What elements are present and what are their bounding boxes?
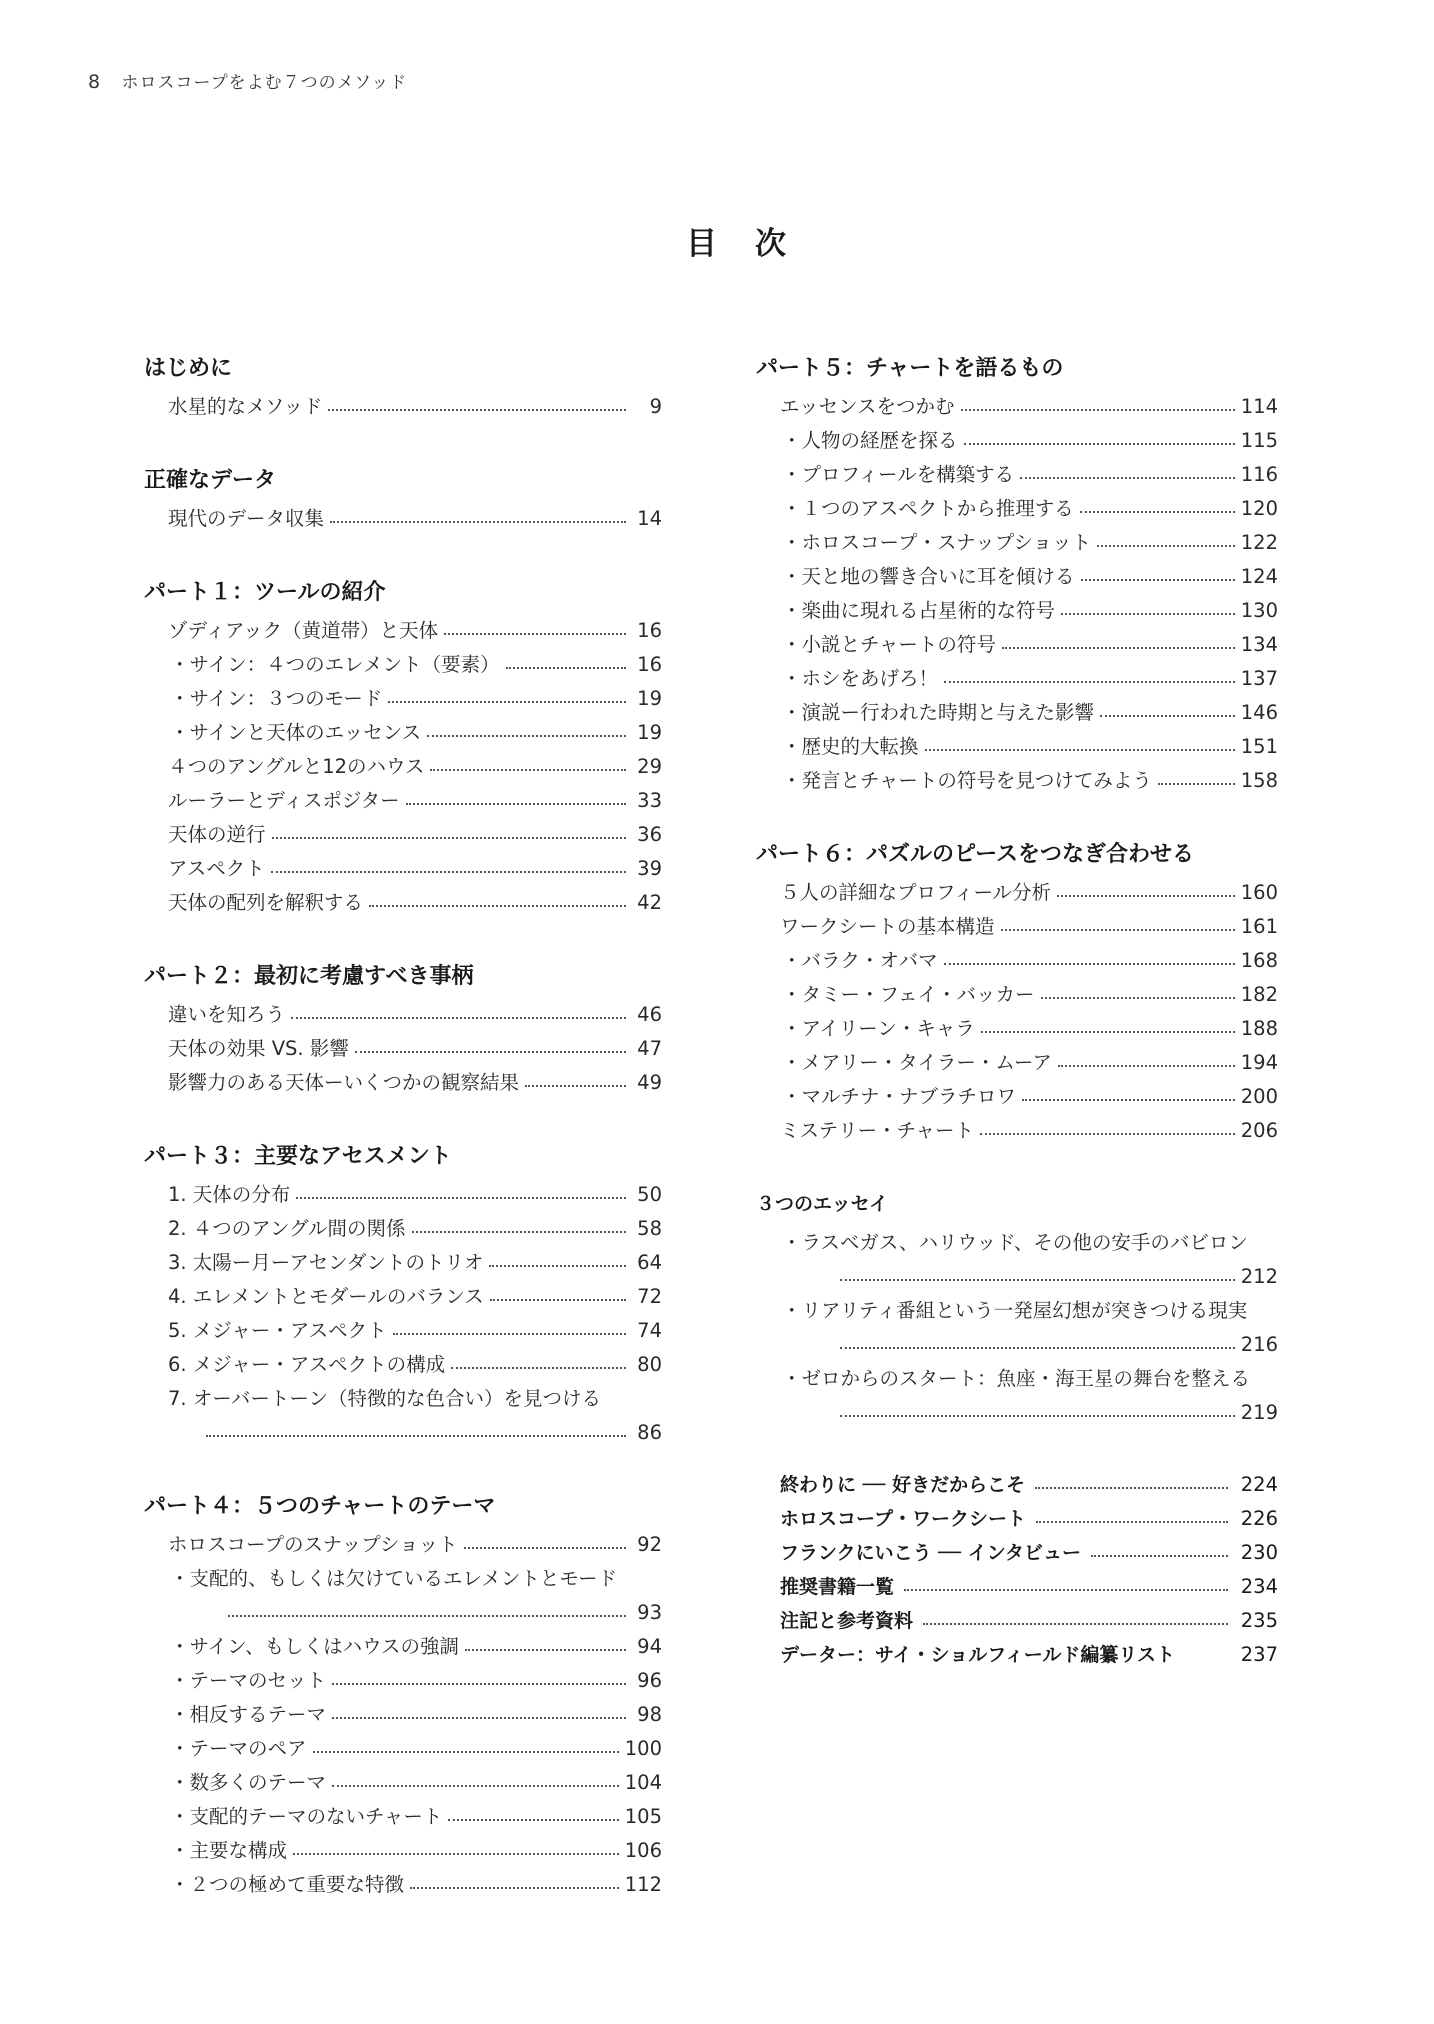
entry-title: 現代のデータ収集 (168, 502, 324, 536)
entry-page-number: 234 (1238, 1570, 1278, 1604)
dot-leader (206, 1434, 626, 1437)
dot-leader (1185, 1657, 1228, 1658)
entry-page-number: 86 (632, 1416, 662, 1450)
entry-page-number: 16 (632, 614, 662, 648)
toc-entry[interactable]: 小説とチャートの符号134 (756, 628, 1278, 662)
dot-leader (369, 904, 626, 907)
dot-leader (1058, 1064, 1235, 1067)
dot-leader (296, 1196, 626, 1199)
toc-entry-line: 支配的、もしくは欠けているエレメントとモード (190, 1562, 662, 1596)
toc-entry[interactable]: リアリティ番組という一発屋幻想が突きつける現実216 (756, 1294, 1278, 1362)
entry-page-number: 46 (632, 998, 662, 1032)
dot-leader (332, 1784, 619, 1787)
dot-leader (944, 680, 1235, 683)
toc-entry[interactable]: ワークシートの基本構造161 (756, 910, 1278, 944)
entry-title: マルチナ・ナブラチロワ (802, 1080, 1016, 1114)
toc-entry[interactable]: エッセンスをつかむ114 (756, 390, 1278, 424)
entry-title: サイン：４つのエレメント（要素） (190, 648, 500, 682)
dot-leader (1036, 1520, 1228, 1523)
entry-title: 5. メジャー・アスペクト (168, 1314, 387, 1348)
dot-leader (1158, 782, 1235, 785)
toc-entry-line: 216 (802, 1328, 1278, 1362)
entry-page-number: 219 (1241, 1396, 1278, 1430)
dot-leader (904, 1588, 1228, 1591)
entry-title: テーマのセット (190, 1664, 326, 1698)
entry-page-number: 194 (1241, 1046, 1278, 1080)
toc-entry[interactable]: 演説ー行われた時期と与えた影響146 (756, 696, 1278, 730)
entry-title: リアリティ番組という一発屋幻想が突きつける現実 (802, 1299, 1247, 1322)
entry-title: ルーラーとディスポジター (168, 784, 400, 818)
entry-title: サインと天体のエッセンス (190, 716, 421, 750)
dot-leader (272, 836, 626, 839)
entry-title: 4. エレメントとモダールのバランス (168, 1280, 484, 1314)
toc-entry[interactable]: ゾディアック（黄道帯）と天体16 (144, 614, 662, 648)
dot-leader (1001, 928, 1235, 931)
toc-entry[interactable]: 3. 太陽ー月ーアセンダントのトリオ64 (144, 1246, 662, 1280)
section-heading: 正確なデータ (144, 462, 662, 498)
dot-leader (332, 1682, 626, 1685)
entry-title: 6. メジャー・アスペクトの構成 (168, 1348, 445, 1382)
entry-title: 終わりに ── 好きだからこそ (780, 1468, 1025, 1502)
toc-entry[interactable]: 支配的テーマのないチャート105 (144, 1800, 662, 1834)
entry-title: プロフィールを構築する (802, 458, 1014, 492)
entry-page-number: 16 (632, 648, 662, 682)
entry-page-number: 106 (625, 1834, 662, 1868)
running-head: 8 ホロスコープをよむ７つのメソッド (88, 68, 407, 93)
dot-leader (412, 1230, 626, 1233)
entry-title: 演説ー行われた時期と与えた影響 (802, 696, 1094, 730)
entry-page-number: 64 (632, 1246, 662, 1280)
entry-page-number: 151 (1241, 730, 1278, 764)
toc-entry[interactable]: 現代のデータ収集14 (144, 502, 662, 536)
section-heading: パート６：パズルのピースをつなぎ合わせる (756, 836, 1278, 872)
entry-page-number: 9 (632, 390, 662, 424)
dot-leader (328, 408, 626, 411)
entry-page-number: 230 (1238, 1536, 1278, 1570)
dot-leader (271, 870, 626, 873)
entry-title: ラスベガス、ハリウッド、その他の安手のバビロン (802, 1231, 1248, 1254)
entry-page-number: 14 (632, 502, 662, 536)
entry-page-number: 160 (1241, 876, 1278, 910)
section-heading: パート４：５つのチャートのテーマ (144, 1488, 662, 1524)
entry-title: 天体の効果 VS. 影響 (168, 1032, 349, 1066)
toc-entry[interactable]: バラク・オバマ168 (756, 944, 1278, 978)
toc-entry[interactable]: ホロスコープ・スナップショット122 (756, 526, 1278, 560)
entry-page-number: 206 (1241, 1114, 1278, 1148)
toc-entry[interactable]: アイリーン・キャラ188 (756, 1012, 1278, 1046)
toc-entry[interactable]: 水星的なメソッド9 (144, 390, 662, 424)
entry-page-number: 92 (632, 1528, 662, 1562)
toc-entry[interactable]: 相反するテーマ98 (144, 1698, 662, 1732)
entry-page-number: 80 (632, 1348, 662, 1382)
back-matter-entry[interactable]: 注記と参考資料235 (756, 1604, 1278, 1638)
dot-leader (1020, 476, 1235, 479)
entry-page-number: 122 (1241, 526, 1278, 560)
entry-title: 主要な構成 (190, 1834, 287, 1868)
dot-leader (293, 1852, 619, 1855)
dot-leader (451, 1366, 626, 1369)
toc-section: パート３：主要なアセスメント1. 天体の分布502. ４つのアングル間の関係58… (144, 1138, 662, 1450)
toc-section: はじめに水星的なメソッド9 (144, 350, 662, 424)
entry-page-number: 120 (1241, 492, 1278, 526)
entry-title: サイン：３つのモード (190, 682, 382, 716)
dot-leader (393, 1332, 626, 1335)
dot-leader (330, 520, 626, 523)
entry-page-number: 42 (632, 886, 662, 920)
toc-entry[interactable]: サイン：４つのエレメント（要素）16 (144, 648, 662, 682)
toc-entry[interactable]: マルチナ・ナブラチロワ200 (756, 1080, 1278, 1114)
toc-entry[interactable]: メアリー・タイラー・ムーア194 (756, 1046, 1278, 1080)
entry-page-number: 188 (1241, 1012, 1278, 1046)
entry-title: タミー・フェイ・バッカー (802, 978, 1035, 1012)
entry-page-number: 47 (632, 1032, 662, 1066)
toc-entry-line: 86 (168, 1416, 662, 1450)
dot-leader (525, 1084, 626, 1087)
toc-entry-line: ラスベガス、ハリウッド、その他の安手のバビロン (802, 1226, 1278, 1260)
entry-page-number: 39 (632, 852, 662, 886)
entry-page-number: 112 (625, 1868, 662, 1902)
entry-title: サイン、もしくはハウスの強調 (190, 1630, 459, 1664)
dot-leader (1097, 544, 1235, 547)
back-matter-entry[interactable]: データー：サイ・ショルフィールド編纂リスト237 (756, 1638, 1278, 1672)
dot-leader (388, 700, 626, 703)
dot-leader (1080, 510, 1235, 513)
toc-entry-line: 7. オーバートーン（特徴的な色合い）を見つける (168, 1382, 662, 1416)
toc-entry[interactable]: ラスベガス、ハリウッド、その他の安手のバビロン212 (756, 1226, 1278, 1294)
entry-page-number: 168 (1241, 944, 1278, 978)
dot-leader (925, 748, 1235, 751)
dot-leader (313, 1750, 619, 1753)
section-heading: パート５：チャートを語るもの (756, 350, 1278, 386)
back-matter: 終わりに ── 好きだからこそ224ホロスコープ・ワークシート226フランクにい… (756, 1468, 1278, 1672)
dot-leader (489, 1264, 626, 1267)
entry-page-number: 74 (632, 1314, 662, 1348)
dot-leader (1061, 612, 1235, 615)
toc-entry[interactable]: 天体の配列を解釈する42 (144, 886, 662, 920)
dot-leader (981, 1030, 1235, 1033)
entry-title: 違いを知ろう (168, 998, 285, 1032)
toc-entry[interactable]: ４つのアングルと12のハウス29 (144, 750, 662, 784)
toc-entry[interactable]: 天と地の響き合いに耳を傾ける124 (756, 560, 1278, 594)
toc-entry[interactable]: 人物の経歴を探る115 (756, 424, 1278, 458)
dot-leader (964, 442, 1235, 445)
toc-entry-line: 212 (802, 1260, 1278, 1294)
toc-entry[interactable]: テーマのペア100 (144, 1732, 662, 1766)
toc-entry-line: 219 (802, 1396, 1278, 1430)
toc-entry[interactable]: プロフィールを構築する116 (756, 458, 1278, 492)
entry-title: ５人の詳細なプロフィール分析 (780, 876, 1051, 910)
dot-leader (1100, 714, 1235, 717)
entry-title: アイリーン・キャラ (802, 1012, 975, 1046)
entry-title: 天と地の響き合いに耳を傾ける (802, 560, 1075, 594)
section-heading: はじめに (144, 350, 662, 386)
toc-section: 正確なデータ現代のデータ収集14 (144, 462, 662, 536)
dot-leader (332, 1716, 626, 1719)
entry-title: 支配的テーマのないチャート (190, 1800, 442, 1834)
section-heading: ３つのエッセイ (756, 1186, 1278, 1222)
entry-page-number: 33 (632, 784, 662, 818)
section-heading: パート２：最初に考慮すべき事柄 (144, 958, 662, 994)
dot-leader (840, 1414, 1235, 1417)
toc-entry[interactable]: 1. 天体の分布50 (144, 1178, 662, 1212)
dot-leader (840, 1346, 1235, 1349)
toc-section: ３つのエッセイラスベガス、ハリウッド、その他の安手のバビロン212リアリティ番組… (756, 1186, 1278, 1430)
toc-entry[interactable]: ホシをあげろ！137 (756, 662, 1278, 696)
entry-page-number: 235 (1238, 1604, 1278, 1638)
toc-section: パート１：ツールの紹介ゾディアック（黄道帯）と天体16サイン：４つのエレメント（… (144, 574, 662, 920)
toc-section: パート４：５つのチャートのテーマホロスコープのスナップショット92支配的、もしく… (144, 1488, 662, 1902)
entry-page-number: 216 (1241, 1328, 1278, 1362)
entry-title: 支配的、もしくは欠けているエレメントとモード (190, 1567, 617, 1590)
entry-title: 数多くのテーマ (190, 1766, 326, 1800)
toc-entry[interactable]: 数多くのテーマ104 (144, 1766, 662, 1800)
dot-leader (961, 408, 1235, 411)
entry-page-number: 158 (1241, 764, 1278, 798)
entry-page-number: 29 (632, 750, 662, 784)
entry-page-number: 49 (632, 1066, 662, 1100)
toc-entry[interactable]: 歴史的大転換151 (756, 730, 1278, 764)
entry-title: 小説とチャートの符号 (802, 628, 996, 662)
toc-section: パート６：パズルのピースをつなぎ合わせる５人の詳細なプロフィール分析160ワーク… (756, 836, 1278, 1148)
entry-title: ゾディアック（黄道帯）と天体 (168, 614, 438, 648)
entry-page-number: 114 (1241, 390, 1278, 424)
toc-entry[interactable]: サイン、もしくはハウスの強調94 (144, 1630, 662, 1664)
entry-page-number: 19 (632, 716, 662, 750)
dot-leader (1057, 894, 1235, 897)
dot-leader (923, 1622, 1228, 1625)
entry-title: １つのアスペクトから推理する (802, 492, 1074, 526)
dot-leader (1002, 646, 1235, 649)
entry-page-number: 100 (625, 1732, 662, 1766)
toc-entry[interactable]: 2. ４つのアングル間の関係58 (144, 1212, 662, 1246)
entry-title: ４つのアングルと12のハウス (168, 750, 424, 784)
dot-leader (980, 1132, 1235, 1135)
dot-leader (1081, 578, 1235, 581)
entry-title: 相反するテーマ (190, 1698, 326, 1732)
toc-entry-line: 93 (190, 1596, 662, 1630)
dot-leader (465, 1648, 626, 1651)
entry-page-number: 226 (1238, 1502, 1278, 1536)
toc-entry[interactable]: ミステリー・チャート206 (756, 1114, 1278, 1148)
page-title: 目次 (0, 218, 1434, 263)
entry-title: 注記と参考資料 (780, 1604, 913, 1638)
dot-leader (228, 1614, 626, 1617)
entry-title: 歴史的大転換 (802, 730, 919, 764)
toc-entry[interactable]: ゼロからのスタート：魚座・海王星の舞台を整える219 (756, 1362, 1278, 1430)
entry-page-number: 93 (632, 1596, 662, 1630)
entry-title: 天体の逆行 (168, 818, 266, 852)
entry-title: 1. 天体の分布 (168, 1178, 290, 1212)
dot-leader (448, 1818, 618, 1821)
entry-page-number: 116 (1241, 458, 1278, 492)
toc-entry[interactable]: 楽曲に現れる占星術的な符号130 (756, 594, 1278, 628)
dot-leader (1022, 1098, 1235, 1101)
toc-entry-line: リアリティ番組という一発屋幻想が突きつける現実 (802, 1294, 1278, 1328)
toc-entry[interactable]: ２つの極めて重要な特徴112 (144, 1868, 662, 1902)
back-matter-entry[interactable]: ホロスコープ・ワークシート226 (756, 1502, 1278, 1536)
entry-page-number: 50 (632, 1178, 662, 1212)
back-matter-entry[interactable]: フランクにいこう ── インタビュー230 (756, 1536, 1278, 1570)
dot-leader (444, 632, 626, 635)
entry-page-number: 200 (1241, 1080, 1278, 1114)
entry-page-number: 105 (625, 1800, 662, 1834)
entry-title: メアリー・タイラー・ムーア (802, 1046, 1052, 1080)
dot-leader (355, 1050, 626, 1053)
entry-page-number: 58 (632, 1212, 662, 1246)
entry-title: アスペクト (168, 852, 265, 886)
entry-page-number: 212 (1241, 1260, 1278, 1294)
toc-section: パート５：チャートを語るものエッセンスをつかむ114人物の経歴を探る115プロフ… (756, 350, 1278, 798)
toc-entry[interactable]: 5. メジャー・アスペクト74 (144, 1314, 662, 1348)
toc-entry[interactable]: アスペクト39 (144, 852, 662, 886)
toc-entry[interactable]: 4. エレメントとモダールのバランス72 (144, 1280, 662, 1314)
entry-page-number: 94 (632, 1630, 662, 1664)
entry-title: データー：サイ・ショルフィールド編纂リスト (780, 1638, 1175, 1672)
entry-page-number: 130 (1241, 594, 1278, 628)
toc-entry[interactable]: 天体の効果 VS. 影響47 (144, 1032, 662, 1066)
entry-title: 天体の配列を解釈する (168, 886, 363, 920)
entry-page-number: 36 (632, 818, 662, 852)
dot-leader (1035, 1486, 1228, 1489)
entry-title: ワークシートの基本構造 (780, 910, 995, 944)
toc-left-column: はじめに水星的なメソッド9正確なデータ現代のデータ収集14パート１：ツールの紹介… (144, 350, 662, 1940)
entry-title: 水星的なメソッド (168, 390, 322, 424)
entry-page-number: 161 (1241, 910, 1278, 944)
section-heading: パート３：主要なアセスメント (144, 1138, 662, 1174)
entry-title: フランクにいこう ── インタビュー (780, 1536, 1081, 1570)
toc-entry[interactable]: 影響力のある天体ーいくつかの観察結果49 (144, 1066, 662, 1100)
entry-page-number: 224 (1238, 1468, 1278, 1502)
entry-page-number: 72 (632, 1280, 662, 1314)
entry-title: ホロスコープ・スナップショット (802, 526, 1091, 560)
toc-entry[interactable]: 7. オーバートーン（特徴的な色合い）を見つける86 (144, 1382, 662, 1450)
toc-entry[interactable]: 主要な構成106 (144, 1834, 662, 1868)
entry-title: バラク・オバマ (802, 944, 938, 978)
toc-entry[interactable]: タミー・フェイ・バッカー182 (756, 978, 1278, 1012)
dot-leader (464, 1546, 626, 1549)
entry-title: エッセンスをつかむ (780, 390, 955, 424)
entry-title: テーマのペア (190, 1732, 307, 1766)
dot-leader (291, 1016, 626, 1019)
toc-entry[interactable]: 発言とチャートの符号を見つけてみよう158 (756, 764, 1278, 798)
dot-leader (506, 666, 626, 669)
dot-leader (490, 1298, 626, 1301)
dot-leader (427, 734, 626, 737)
toc-entry[interactable]: サイン：３つのモード19 (144, 682, 662, 716)
dot-leader (840, 1278, 1235, 1281)
toc-entry[interactable]: 6. メジャー・アスペクトの構成80 (144, 1348, 662, 1382)
dot-leader (430, 768, 626, 771)
entry-title: 発言とチャートの符号を見つけてみよう (802, 764, 1152, 798)
entry-page-number: 96 (632, 1664, 662, 1698)
dot-leader (410, 1886, 619, 1889)
entry-page-number: 237 (1238, 1638, 1278, 1672)
toc-entry[interactable]: ホロスコープのスナップショット92 (144, 1528, 662, 1562)
entry-title: ゼロからのスタート：魚座・海王星の舞台を整える (802, 1367, 1250, 1390)
page-number: 8 (88, 71, 101, 93)
toc-entry[interactable]: １つのアスペクトから推理する120 (756, 492, 1278, 526)
toc-entry[interactable]: ５人の詳細なプロフィール分析160 (756, 876, 1278, 910)
back-matter-entry[interactable]: 終わりに ── 好きだからこそ224 (756, 1468, 1278, 1502)
entry-title: 影響力のある天体ーいくつかの観察結果 (168, 1066, 519, 1100)
toc-entry[interactable]: サインと天体のエッセンス19 (144, 716, 662, 750)
dot-leader (406, 802, 626, 805)
entry-title: 楽曲に現れる占星術的な符号 (802, 594, 1055, 628)
entry-page-number: 115 (1241, 424, 1278, 458)
entry-title: ホシをあげろ！ (802, 662, 938, 696)
toc-entry[interactable]: 違いを知ろう46 (144, 998, 662, 1032)
book-title: ホロスコープをよむ７つのメソッド (122, 73, 408, 93)
entry-title: 7. オーバートーン（特徴的な色合い）を見つける (168, 1387, 601, 1410)
toc-entry[interactable]: ルーラーとディスポジター33 (144, 784, 662, 818)
back-matter-entry[interactable]: 推奨書籍一覧234 (756, 1570, 1278, 1604)
entry-title: 2. ４つのアングル間の関係 (168, 1212, 406, 1246)
toc-entry[interactable]: テーマのセット96 (144, 1664, 662, 1698)
entry-title: ホロスコープのスナップショット (168, 1528, 458, 1562)
entry-title: 推奨書籍一覧 (780, 1570, 894, 1604)
entry-page-number: 182 (1241, 978, 1278, 1012)
dot-leader (1041, 996, 1235, 999)
entry-page-number: 98 (632, 1698, 662, 1732)
entry-page-number: 124 (1241, 560, 1278, 594)
entry-title: ミステリー・チャート (780, 1114, 974, 1148)
entry-title: ホロスコープ・ワークシート (780, 1502, 1026, 1536)
toc-section: パート２：最初に考慮すべき事柄違いを知ろう46天体の効果 VS. 影響47影響力… (144, 958, 662, 1100)
entry-page-number: 104 (625, 1766, 662, 1800)
section-heading: パート１：ツールの紹介 (144, 574, 662, 610)
entry-title: 人物の経歴を探る (802, 424, 958, 458)
toc-entry-line: ゼロからのスタート：魚座・海王星の舞台を整える (802, 1362, 1278, 1396)
entry-page-number: 134 (1241, 628, 1278, 662)
toc-entry[interactable]: 支配的、もしくは欠けているエレメントとモード93 (144, 1562, 662, 1630)
dot-leader (1091, 1554, 1228, 1557)
entry-page-number: 146 (1241, 696, 1278, 730)
dot-leader (944, 962, 1235, 965)
entry-page-number: 19 (632, 682, 662, 716)
entry-title: 3. 太陽ー月ーアセンダントのトリオ (168, 1246, 483, 1280)
toc-right-column: パート５：チャートを語るものエッセンスをつかむ114人物の経歴を探る115プロフ… (756, 350, 1278, 1710)
entry-title: ２つの極めて重要な特徴 (190, 1868, 404, 1902)
toc-entry[interactable]: 天体の逆行36 (144, 818, 662, 852)
entry-page-number: 137 (1241, 662, 1278, 696)
